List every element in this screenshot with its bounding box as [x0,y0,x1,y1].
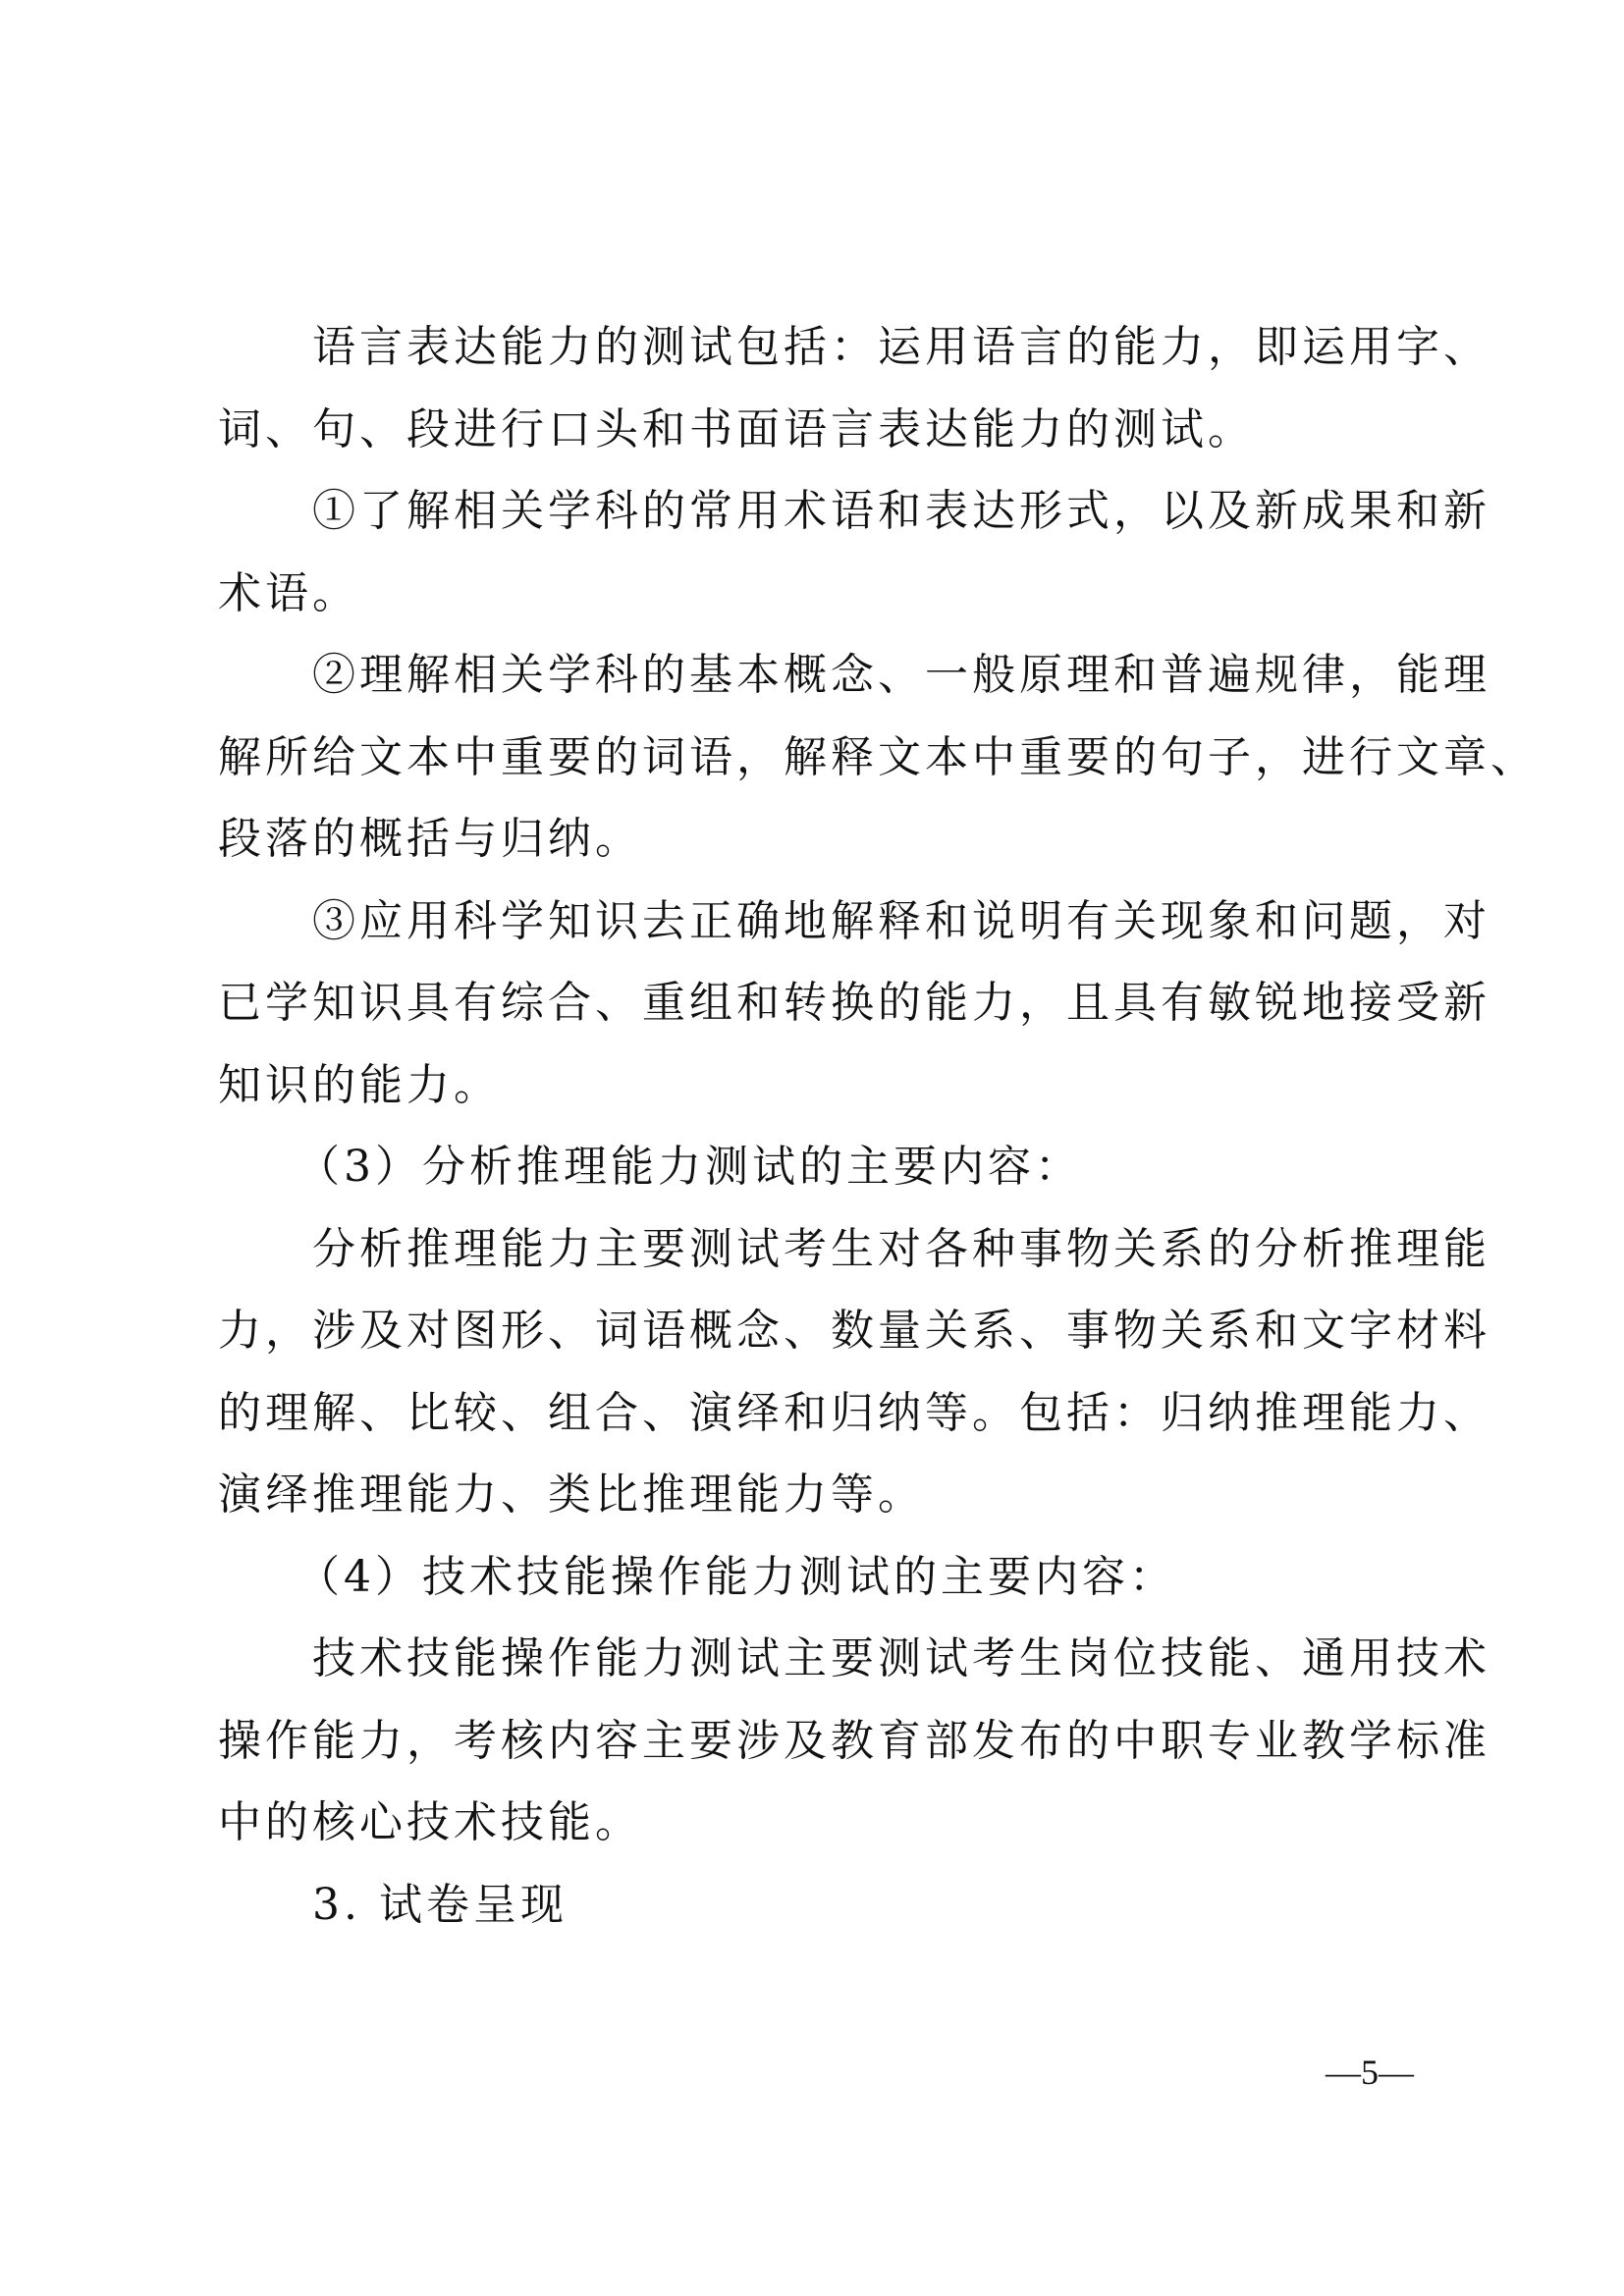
paragraph-line: 操作能力，考核内容主要涉及教育部发布的中职专业教学标准 [218,1700,1408,1783]
paragraph-line: 演绎推理能力、类比推理能力等。 [218,1454,1408,1536]
paragraph-line: 分析推理能力主要测试考生对各种事物关系的分析推理能 [218,1208,1408,1291]
paragraph-line: 中的核心技术技能。 [218,1782,1408,1864]
list-item-2-line: 解所给文本中重要的词语，解释文本中重要的句子，进行文章、 [218,717,1408,799]
list-item-3-line: 知识的能力。 [218,1044,1408,1127]
list-item-3-line: ③应用科学知识去正确地解释和说明有关现象和问题，对 [218,881,1408,963]
document-page: 语言表达能力的测试包括：运用语言的能力，即运用字、 词、句、段进行口头和书面语言… [0,0,1624,2296]
list-item-2-line: ②理解相关学科的基本概念、一般原理和普遍规律，能理 [218,634,1408,717]
list-item-3-line: 已学知识具有综合、重组和转换的能力，且具有敏锐地接受新 [218,962,1408,1044]
paragraph-line: 词、句、段进行口头和书面语言表达能力的测试。 [218,389,1408,471]
document-body: 语言表达能力的测试包括：运用语言的能力，即运用字、 词、句、段进行口头和书面语言… [218,306,1408,1946]
list-item-1-line: 术语。 [218,553,1408,635]
paragraph-line: 语言表达能力的测试包括：运用语言的能力，即运用字、 [218,306,1408,389]
list-item-1-line: ①了解相关学科的常用术语和表达形式，以及新成果和新 [218,470,1408,553]
section-heading-3: （3）分析推理能力测试的主要内容： [218,1126,1408,1208]
page-number: —5— [1326,2052,1414,2093]
subsection-heading: 3. 试卷呈现 [218,1864,1408,1947]
list-item-2-line: 段落的概括与归纳。 [218,798,1408,881]
paragraph-line: 技术技能操作能力测试主要测试考生岗位技能、通用技术 [218,1618,1408,1700]
section-heading-4: （4）技术技能操作能力测试的主要内容： [218,1536,1408,1619]
paragraph-line: 力，涉及对图形、词语概念、数量关系、事物关系和文字材料 [218,1290,1408,1372]
paragraph-line: 的理解、比较、组合、演绎和归纳等。包括：归纳推理能力、 [218,1372,1408,1455]
